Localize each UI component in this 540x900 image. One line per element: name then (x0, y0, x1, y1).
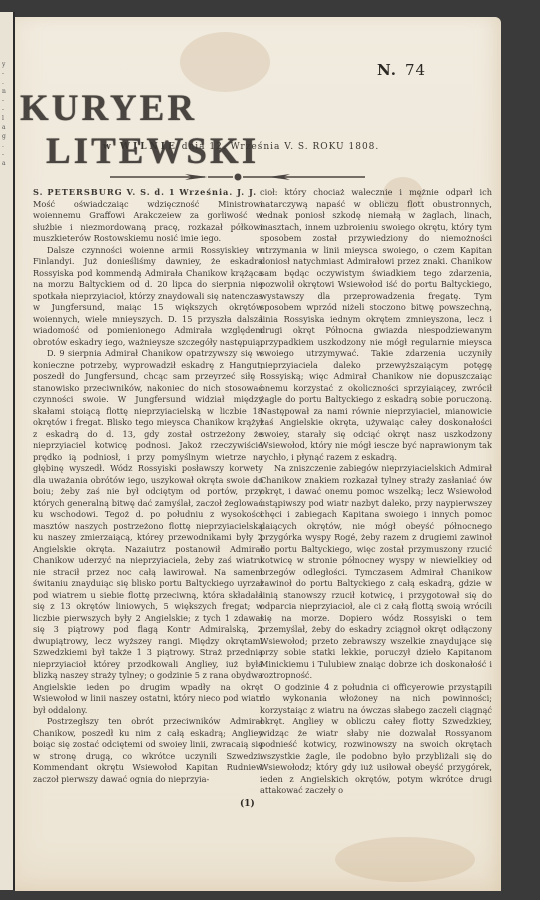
newspaper-page: N.74 KURYERLITEWSKI w WILNIE dnia 12. Wr… (15, 17, 501, 891)
issue-value: 74 (405, 61, 426, 79)
dateline: w WILNIE dnia 12. Września V. S. ROKU 18… (103, 142, 379, 152)
article-paragraph: D. 9 sierpnia Admirał Chanikow opatrzyws… (33, 348, 263, 716)
issue-number: N.74 (377, 61, 426, 79)
masthead-title: KURYERLITEWSKI (20, 87, 420, 173)
article-paragraph: Postrzegłszy ten obrót przeciwników Admi… (33, 716, 263, 785)
previous-page-text-fragments: y - . n - - l a g . - a (2, 60, 10, 168)
page-number: (1) (240, 799, 255, 809)
article-dateline-heading: S. PETERSBURG V. S. d. 1 Września. J. J. (33, 187, 263, 199)
article-paragraph: Mość oświadczaiąc wdzięczność Ministrowi… (33, 199, 263, 245)
article-paragraph: Dalsze czynności woienne armii Rossyiski… (33, 245, 263, 349)
article-paragraph: cioł: który chociaż walecznie i mężnie o… (260, 187, 492, 463)
article-column-right: cioł: który chociaż walecznie i mężnie o… (260, 187, 492, 797)
issue-label: N. (377, 61, 397, 79)
paper-stain (335, 837, 475, 882)
article-column-left: S. PETERSBURG V. S. d. 1 Września. J. J.… (33, 187, 263, 785)
decorative-rule-icon (110, 172, 365, 182)
article-paragraph: O godzinie 4 z południa ci officyerowie … (260, 682, 492, 797)
paper-stain (180, 32, 270, 92)
dateline-place: w WILNIE (103, 142, 178, 152)
article-paragraph: Na zniszczenie zabiegów nieprzyiacielski… (260, 463, 492, 682)
dateline-date: dnia 12. Września V. S. ROKU 1808. (182, 142, 380, 152)
previous-page-edge: y - . n - - l a g . - a (0, 12, 15, 890)
masthead-word-1: KURYER (20, 87, 197, 130)
